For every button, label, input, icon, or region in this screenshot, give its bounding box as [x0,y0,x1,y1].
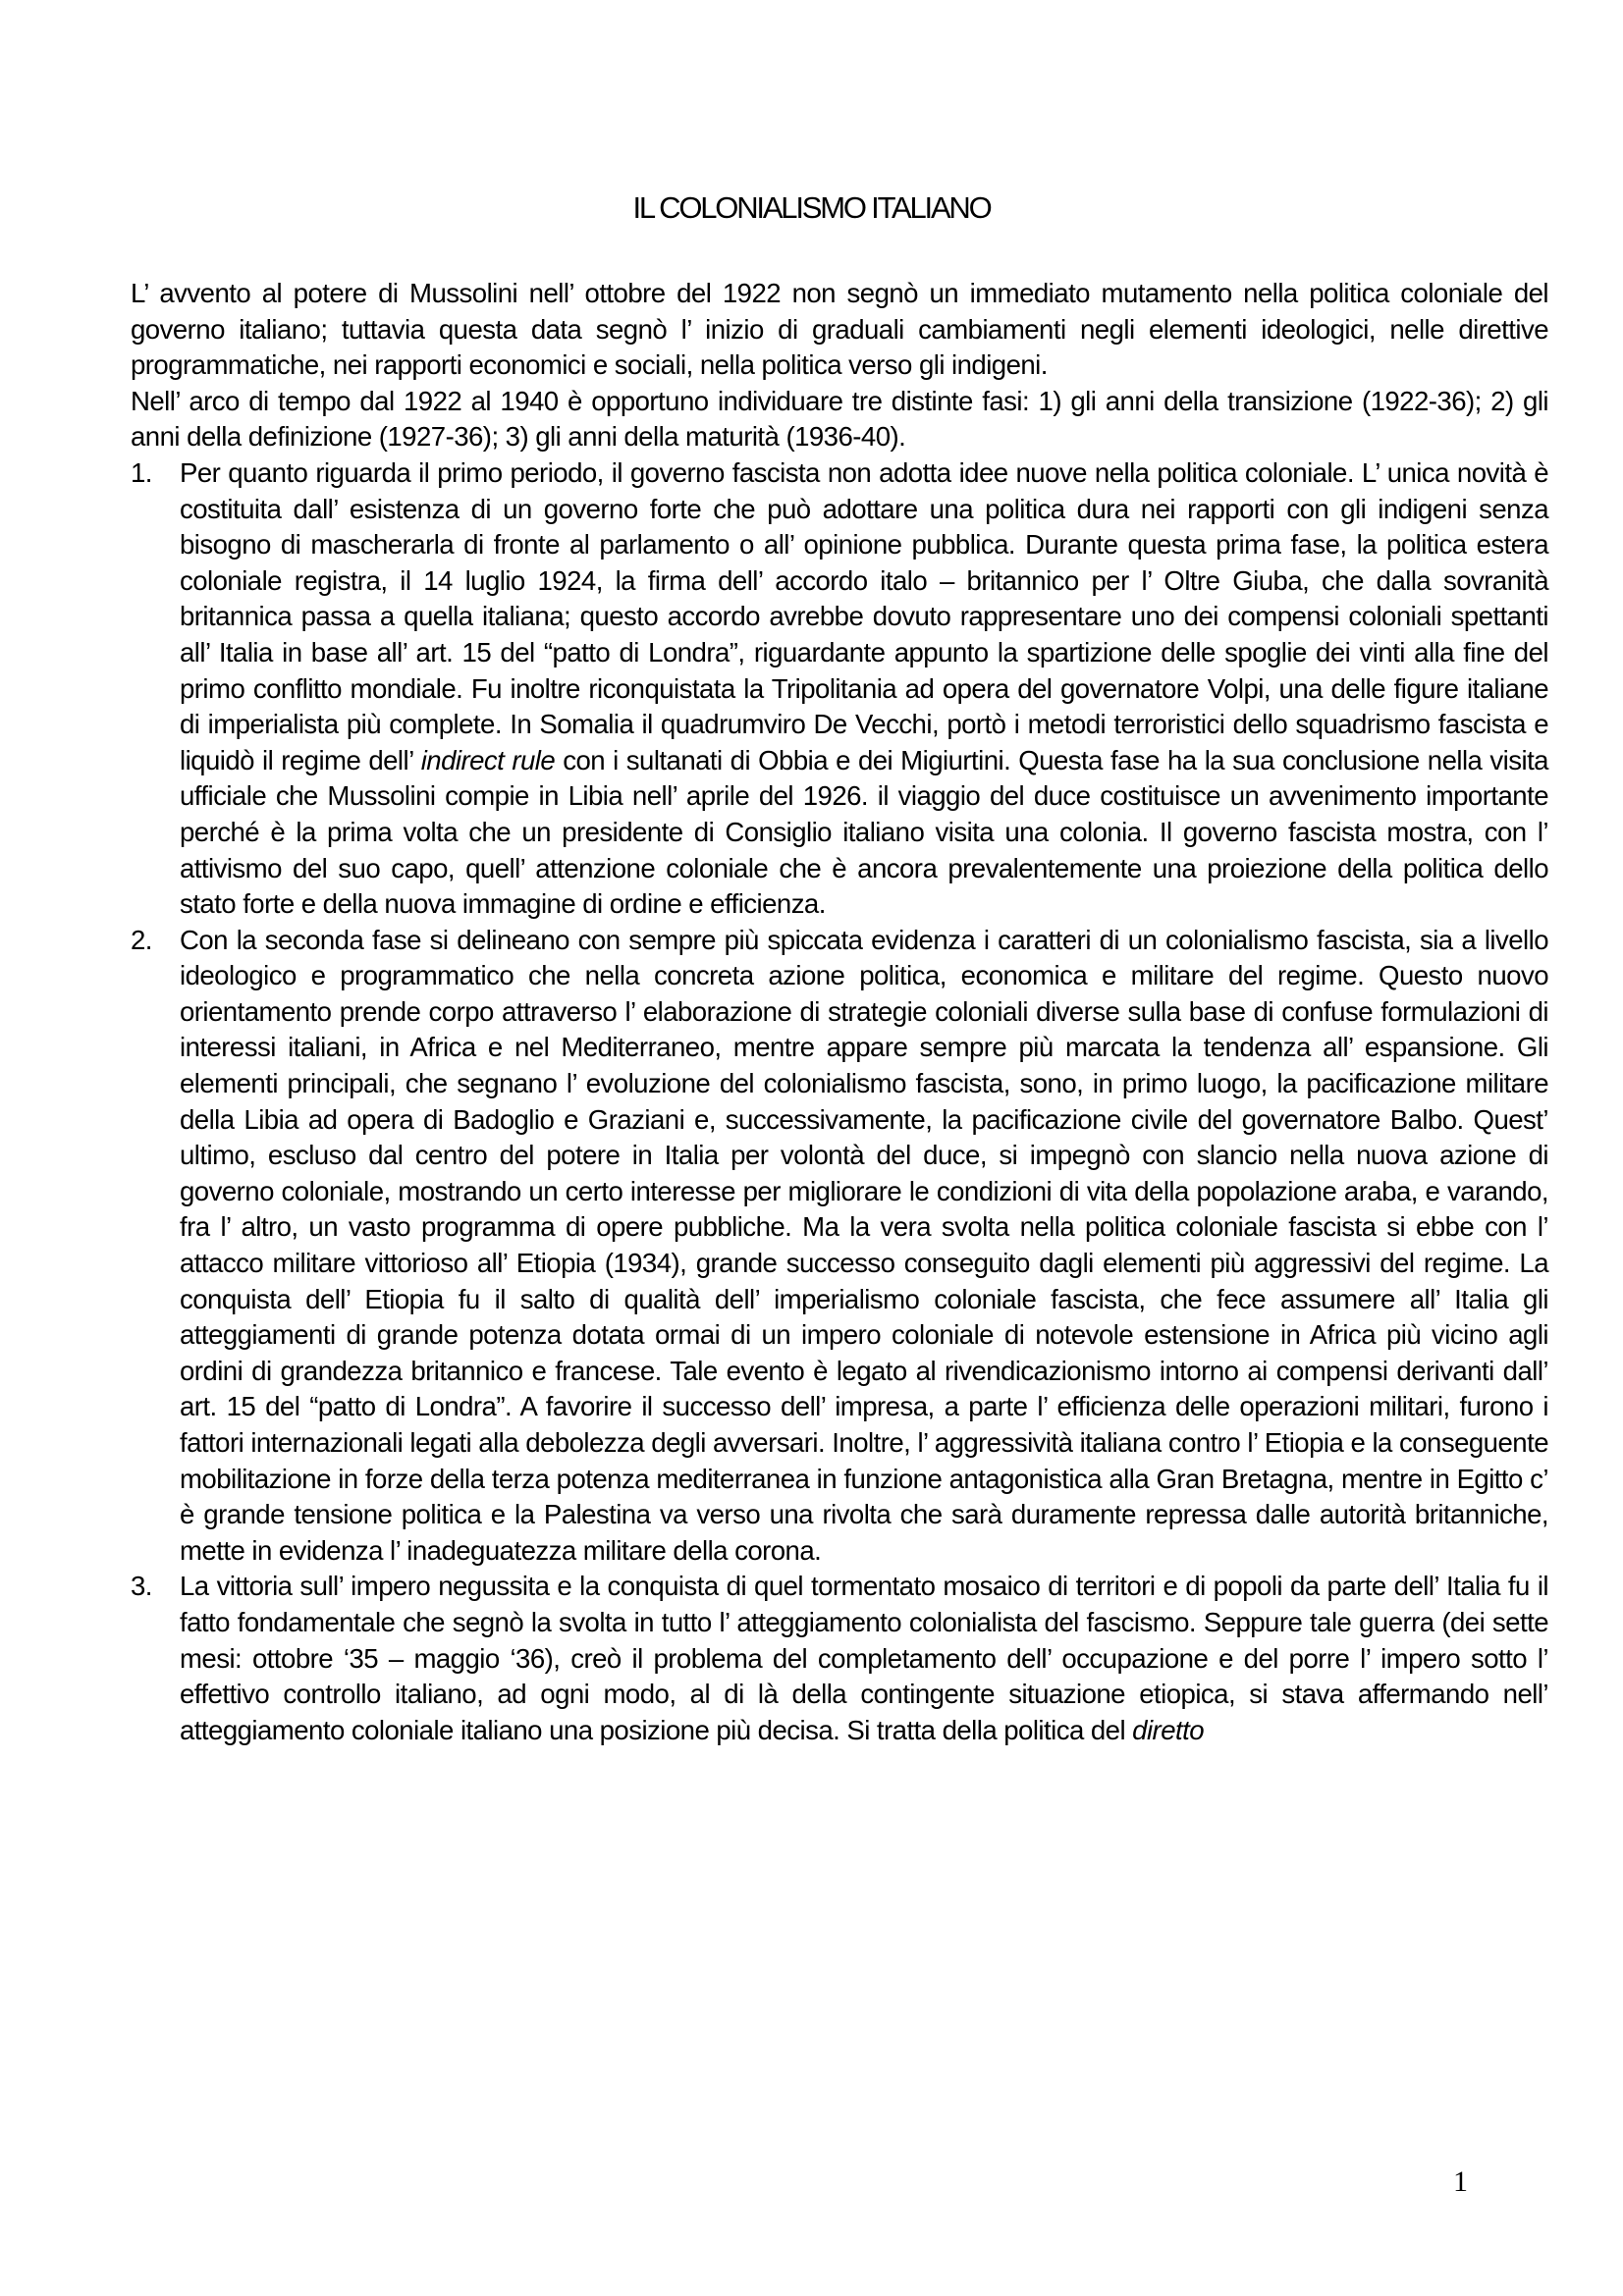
phase-item-1: 1.Per quanto riguarda il primo periodo, … [131,455,1548,923]
intro-paragraph-1: L’ avvento al potere di Mussolini nell’ … [131,276,1548,384]
list-number: 2. [131,923,152,959]
document-page: IL COLONIALISMO ITALIANO L’ avvento al p… [0,0,1623,2296]
phase-item-3: 3.La vittoria sull’ impero negussita e l… [131,1569,1548,1748]
phase-item-2: 2.Con la seconda fase si delineano con s… [131,923,1548,1570]
page-number: 1 [1453,2164,1468,2200]
list-number: 3. [131,1569,152,1605]
phases-list: 1.Per quanto riguarda il primo periodo, … [131,455,1548,1748]
list-number: 1. [131,455,152,492]
phase-text: La vittoria sull’ impero negussita e la … [180,1571,1548,1744]
phase-text: Per quanto riguarda il primo periodo, il… [180,457,1548,775]
phase-text: Con la seconda fase si delineano con sem… [180,925,1548,1566]
document-title: IL COLONIALISMO ITALIANO [0,188,1623,228]
intro-paragraph-2: Nell’ arco di tempo dal 1922 al 1940 è o… [131,384,1548,455]
phase-italic-term: diretto [1132,1715,1204,1745]
phase-italic-term: indirect rule [421,745,555,775]
document-body: L’ avvento al potere di Mussolini nell’ … [131,276,1548,1748]
